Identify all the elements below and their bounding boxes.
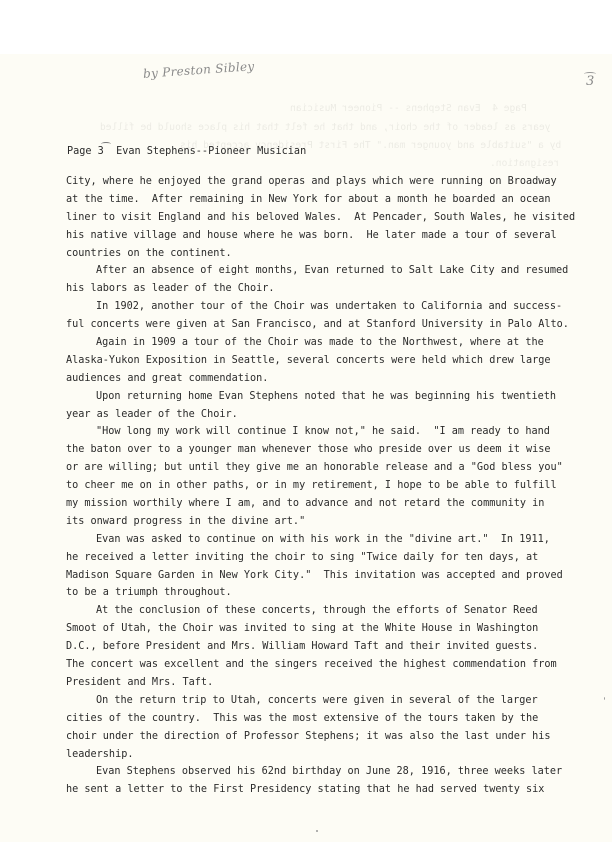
text-line: ful concerts were given at San Francisco… (66, 316, 606, 334)
text-line: his labors as leader of the Choir. (66, 280, 606, 298)
text-line: "How long my work will continue I know n… (66, 423, 606, 441)
bleed-through-line: years as leader of the choir, and that h… (100, 122, 551, 133)
text-line: Upon returning home Evan Stephens noted … (66, 388, 606, 406)
text-line: to cheer me on in other paths, or in my … (66, 477, 606, 495)
bleed-through-header: Page 4 Evan Stephens -- Pioneer Musician (290, 103, 527, 114)
bleed-through-line: resignation. (490, 158, 559, 169)
text-line: Evan was asked to continue on with his w… (66, 531, 606, 549)
text-line: he received a letter inviting the choir … (66, 549, 606, 567)
text-line: year as leader of the Choir. (66, 406, 606, 424)
text-line: audiences and great commendation. (66, 370, 606, 388)
text-line: my mission worthily where I am, and to a… (66, 495, 606, 513)
page-header: Page 3 Evan Stephens--Pioneer Musician (67, 146, 306, 157)
text-line: Smoot of Utah, the Choir was invited to … (66, 620, 606, 638)
text-line: cities of the country. This was the most… (66, 710, 606, 728)
scan-speck (316, 830, 318, 832)
text-line: his native village and house where he wa… (66, 227, 606, 245)
text-line: Madison Square Garden in New York City."… (66, 567, 606, 585)
text-line: choir under the direction of Professor S… (66, 728, 606, 746)
text-line: On the return trip to Utah, concerts wer… (66, 692, 606, 710)
text-line: liner to visit England and his beloved W… (66, 209, 606, 227)
text-line: City, where he enjoyed the grand operas … (66, 173, 606, 191)
text-line: at the time. After remaining in New York… (66, 191, 606, 209)
text-line: leadership. (66, 746, 606, 764)
scan-top-margin (0, 0, 612, 54)
text-line: D.C., before President and Mrs. William … (66, 638, 606, 656)
text-line: Evan Stephens observed his 62nd birthday… (66, 763, 606, 781)
text-line: In 1902, another tour of the Choir was u… (66, 298, 606, 316)
text-line: The concert was excellent and the singer… (66, 656, 606, 674)
handwritten-page-number: 3 (586, 74, 595, 89)
text-line: he sent a letter to the First Presidency… (66, 781, 606, 799)
text-line: to be a triumph throughout. (66, 584, 606, 602)
text-line: countries on the continent. (66, 245, 606, 263)
text-line: President and Mrs. Taft. (66, 674, 606, 692)
text-line: the baton over to a younger man whenever… (66, 441, 606, 459)
text-line: Again in 1909 a tour of the Choir was ma… (66, 334, 606, 352)
text-line: At the conclusion of these concerts, thr… (66, 602, 606, 620)
scan-speck (604, 697, 605, 700)
text-line: or are willing; but until they give me a… (66, 459, 606, 477)
text-line: its onward progress in the divine art." (66, 513, 606, 531)
document-body: City, where he enjoyed the grand operas … (66, 173, 606, 799)
text-line: After an absence of eight months, Evan r… (66, 262, 606, 280)
text-line: Alaska-Yukon Exposition in Seattle, seve… (66, 352, 606, 370)
